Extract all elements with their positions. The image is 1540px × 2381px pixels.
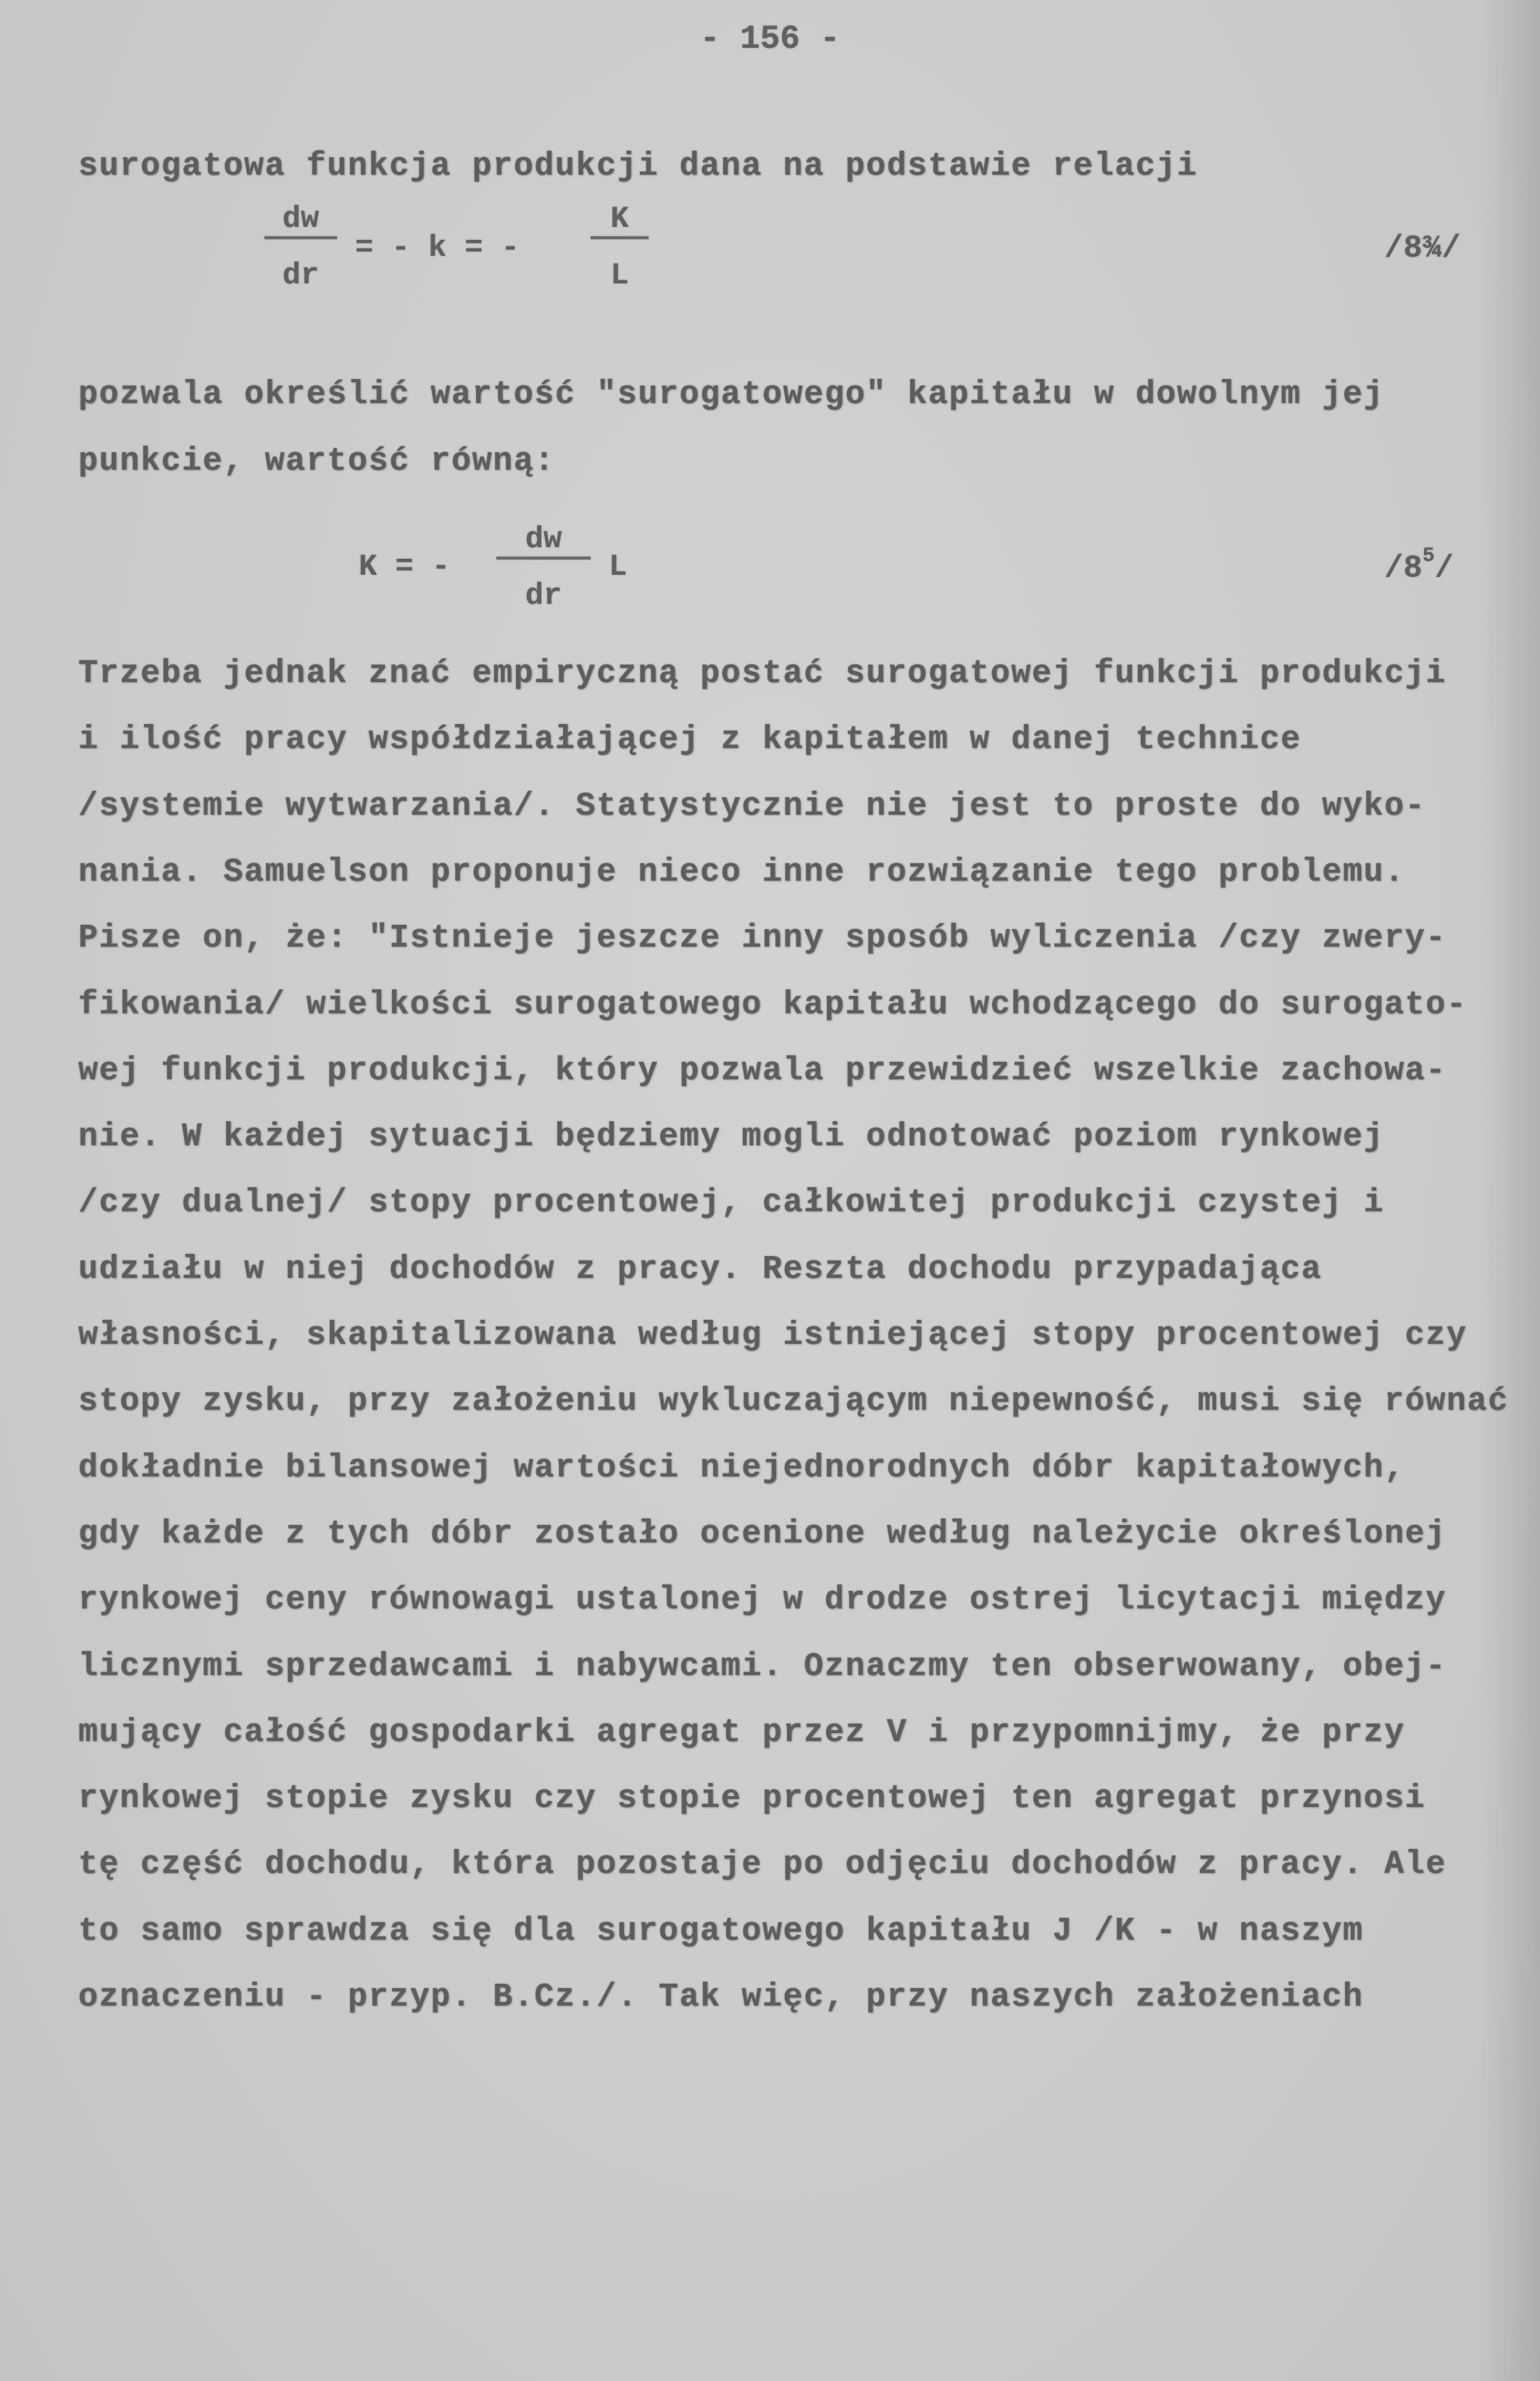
fraction-bar bbox=[265, 236, 337, 239]
text-line: wej funkcji produkcji, który pozwala prz… bbox=[78, 1050, 1447, 1093]
equation-number-1: /8¾/ bbox=[1384, 230, 1461, 267]
text-line: /systemie wytwarzania/. Statystycznie ni… bbox=[78, 785, 1425, 828]
equation-number-2: /85/ bbox=[1384, 549, 1454, 587]
denominator: dr bbox=[265, 259, 337, 291]
text-line: rynkowej stopie zysku czy stopie procent… bbox=[78, 1777, 1425, 1821]
formula-middle: = - k = - bbox=[355, 230, 520, 265]
text-line: licznymi sprzedawcami i nabywcami. Oznac… bbox=[78, 1645, 1447, 1689]
text-line: nie. W każdej sytuacji będziemy mogli od… bbox=[78, 1115, 1384, 1159]
page-number: - 156 - bbox=[0, 20, 1540, 58]
fraction-bar bbox=[496, 557, 591, 560]
numerator: K bbox=[591, 203, 649, 235]
text-line: /czy dualnej/ stopy procentowej, całkowi… bbox=[78, 1181, 1384, 1225]
text-line: pozwala określić wartość "surogatowego" … bbox=[78, 373, 1384, 417]
text-line: tę część dochodu, która pozostaje po odj… bbox=[78, 1843, 1447, 1887]
text-line: stopy zysku, przy założeniu wykluczający… bbox=[78, 1380, 1509, 1424]
text-line: Trzeba jednak znać empiryczną postać sur… bbox=[78, 652, 1447, 696]
fraction-dw-dr: dw dr bbox=[496, 523, 591, 612]
text-line: własności, skapitalizowana według istnie… bbox=[78, 1314, 1468, 1358]
fraction-dw-dr: dw dr bbox=[265, 203, 337, 291]
scanned-page: - 156 - surogatowa funkcja produkcji dan… bbox=[0, 0, 1540, 2381]
text-line: to samo sprawdza się dla surogatowego ka… bbox=[78, 1910, 1363, 1953]
fraction-bar bbox=[591, 236, 649, 239]
text-line: Pisze on, że: "Istnieje jeszcze inny spo… bbox=[78, 917, 1447, 960]
ref-superscript: 5 bbox=[1423, 545, 1435, 568]
text-line: mujący całość gospodarki agregat przez V… bbox=[78, 1711, 1405, 1755]
ref-suffix: / bbox=[1435, 551, 1454, 587]
text-line: fikowania/ wielkości surogatowego kapita… bbox=[78, 984, 1468, 1027]
formula-left: K = - bbox=[359, 549, 450, 584]
text-line: rynkowej ceny równowagi ustalonej w drod… bbox=[78, 1579, 1447, 1622]
text-line: gdy każde z tych dóbr zostało ocenione w… bbox=[78, 1513, 1447, 1556]
text-line: punkcie, wartość równą: bbox=[78, 440, 555, 483]
text-line: udziału w niej dochodów z pracy. Reszta … bbox=[78, 1248, 1322, 1292]
numerator: dw bbox=[496, 523, 591, 555]
numerator: dw bbox=[265, 203, 337, 235]
text-line: oznaczeniu - przyp. B.Cz./. Tak więc, pr… bbox=[78, 1976, 1363, 2019]
denominator: dr bbox=[496, 580, 591, 612]
denominator: L bbox=[591, 259, 649, 291]
intro-line: surogatowa funkcja produkcji dana na pod… bbox=[78, 145, 1198, 188]
ref-prefix: /8 bbox=[1384, 551, 1423, 587]
fraction-k-l: K L bbox=[591, 203, 649, 291]
formula-right: L bbox=[609, 549, 627, 584]
text-line: i ilość pracy współdziałającej z kapitał… bbox=[78, 718, 1302, 762]
text-line: nania. Samuelson proponuje nieco inne ro… bbox=[78, 851, 1405, 894]
text-line: dokładnie bilansowej wartości niejednoro… bbox=[78, 1447, 1405, 1490]
